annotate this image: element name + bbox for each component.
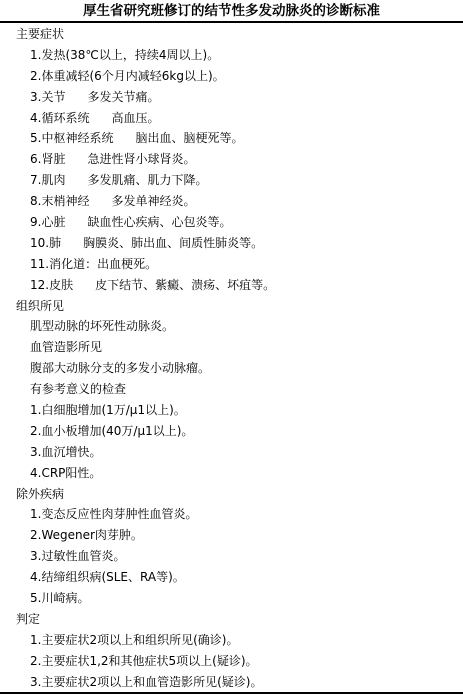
reference-test-item: 4.CRP阳性。	[0, 463, 463, 484]
symptom-item: 2.体重减轻(6个月内减轻6kg以上)。	[0, 66, 463, 87]
document-title: 厚生省研究班修订的结节性多发动脉炎的诊断标准	[0, 1, 463, 21]
exclusion-item: 4.结缔组织病(SLE、RA等)。	[0, 567, 463, 588]
symptom-item: 12.皮肤皮下结节、紫癜、溃疡、坏疽等。	[0, 275, 463, 296]
angiography-heading: 血管造影所见	[0, 337, 463, 358]
reference-test-item: 3.血沉增快。	[0, 442, 463, 463]
exclusion-item: 3.过敏性血管炎。	[0, 546, 463, 567]
symptom-item: 3.关节多发关节痛。	[0, 87, 463, 108]
judgement-item: 1.主要症状2项以上和组织所见(确诊)。	[0, 630, 463, 651]
reference-tests-heading: 有参考意义的检查	[0, 379, 463, 400]
judgement-item: 2.主要症状1,2和其他症状5项以上(疑诊)。	[0, 651, 463, 672]
symptom-item: 5.中枢神经系统脑出血、脑梗死等。	[0, 128, 463, 149]
reference-test-item: 1.白细胞增加(1万/μ1以上)。	[0, 400, 463, 421]
angiography-line: 腹部大动脉分支的多发小动脉瘤。	[0, 358, 463, 379]
symptom-item: 8.末梢神经多发单神经炎。	[0, 191, 463, 212]
bottom-rule-divider	[0, 692, 463, 694]
symptom-item: 4.循环系统高血压。	[0, 108, 463, 129]
section-heading-judgement: 判定	[0, 609, 463, 630]
section-heading-histology: 组织所见	[0, 296, 463, 317]
top-rule-divider	[0, 21, 463, 23]
section-heading-exclusions: 除外疾病	[0, 484, 463, 505]
exclusion-item: 2.Wegener肉芽肿。	[0, 525, 463, 546]
reference-test-item: 2.血小板增加(40万/μ1以上)。	[0, 421, 463, 442]
symptom-item: 1.发热(38℃以上，持续4周以上)。	[0, 45, 463, 66]
exclusion-item: 5.川崎病。	[0, 588, 463, 609]
symptom-item: 11.消化道：出血梗死。	[0, 254, 463, 275]
section-heading-major-symptoms: 主要症状	[0, 24, 463, 45]
symptom-item: 7.肌肉多发肌痛、肌力下降。	[0, 170, 463, 191]
histology-line: 肌型动脉的坏死性动脉炎。	[0, 316, 463, 337]
symptom-item: 9.心脏缺血性心疾病、心包炎等。	[0, 212, 463, 233]
symptom-item: 10.肺胸膜炎、肺出血、间质性肺炎等。	[0, 233, 463, 254]
criteria-content: 主要症状 1.发热(38℃以上，持续4周以上)。 2.体重减轻(6个月内减轻6k…	[0, 24, 463, 693]
exclusion-item: 1.变态反应性肉芽肿性血管炎。	[0, 504, 463, 525]
judgement-item: 3.主要症状2项以上和血管造影所见(疑诊)。	[0, 672, 463, 693]
symptom-item: 6.肾脏急进性肾小球肾炎。	[0, 149, 463, 170]
